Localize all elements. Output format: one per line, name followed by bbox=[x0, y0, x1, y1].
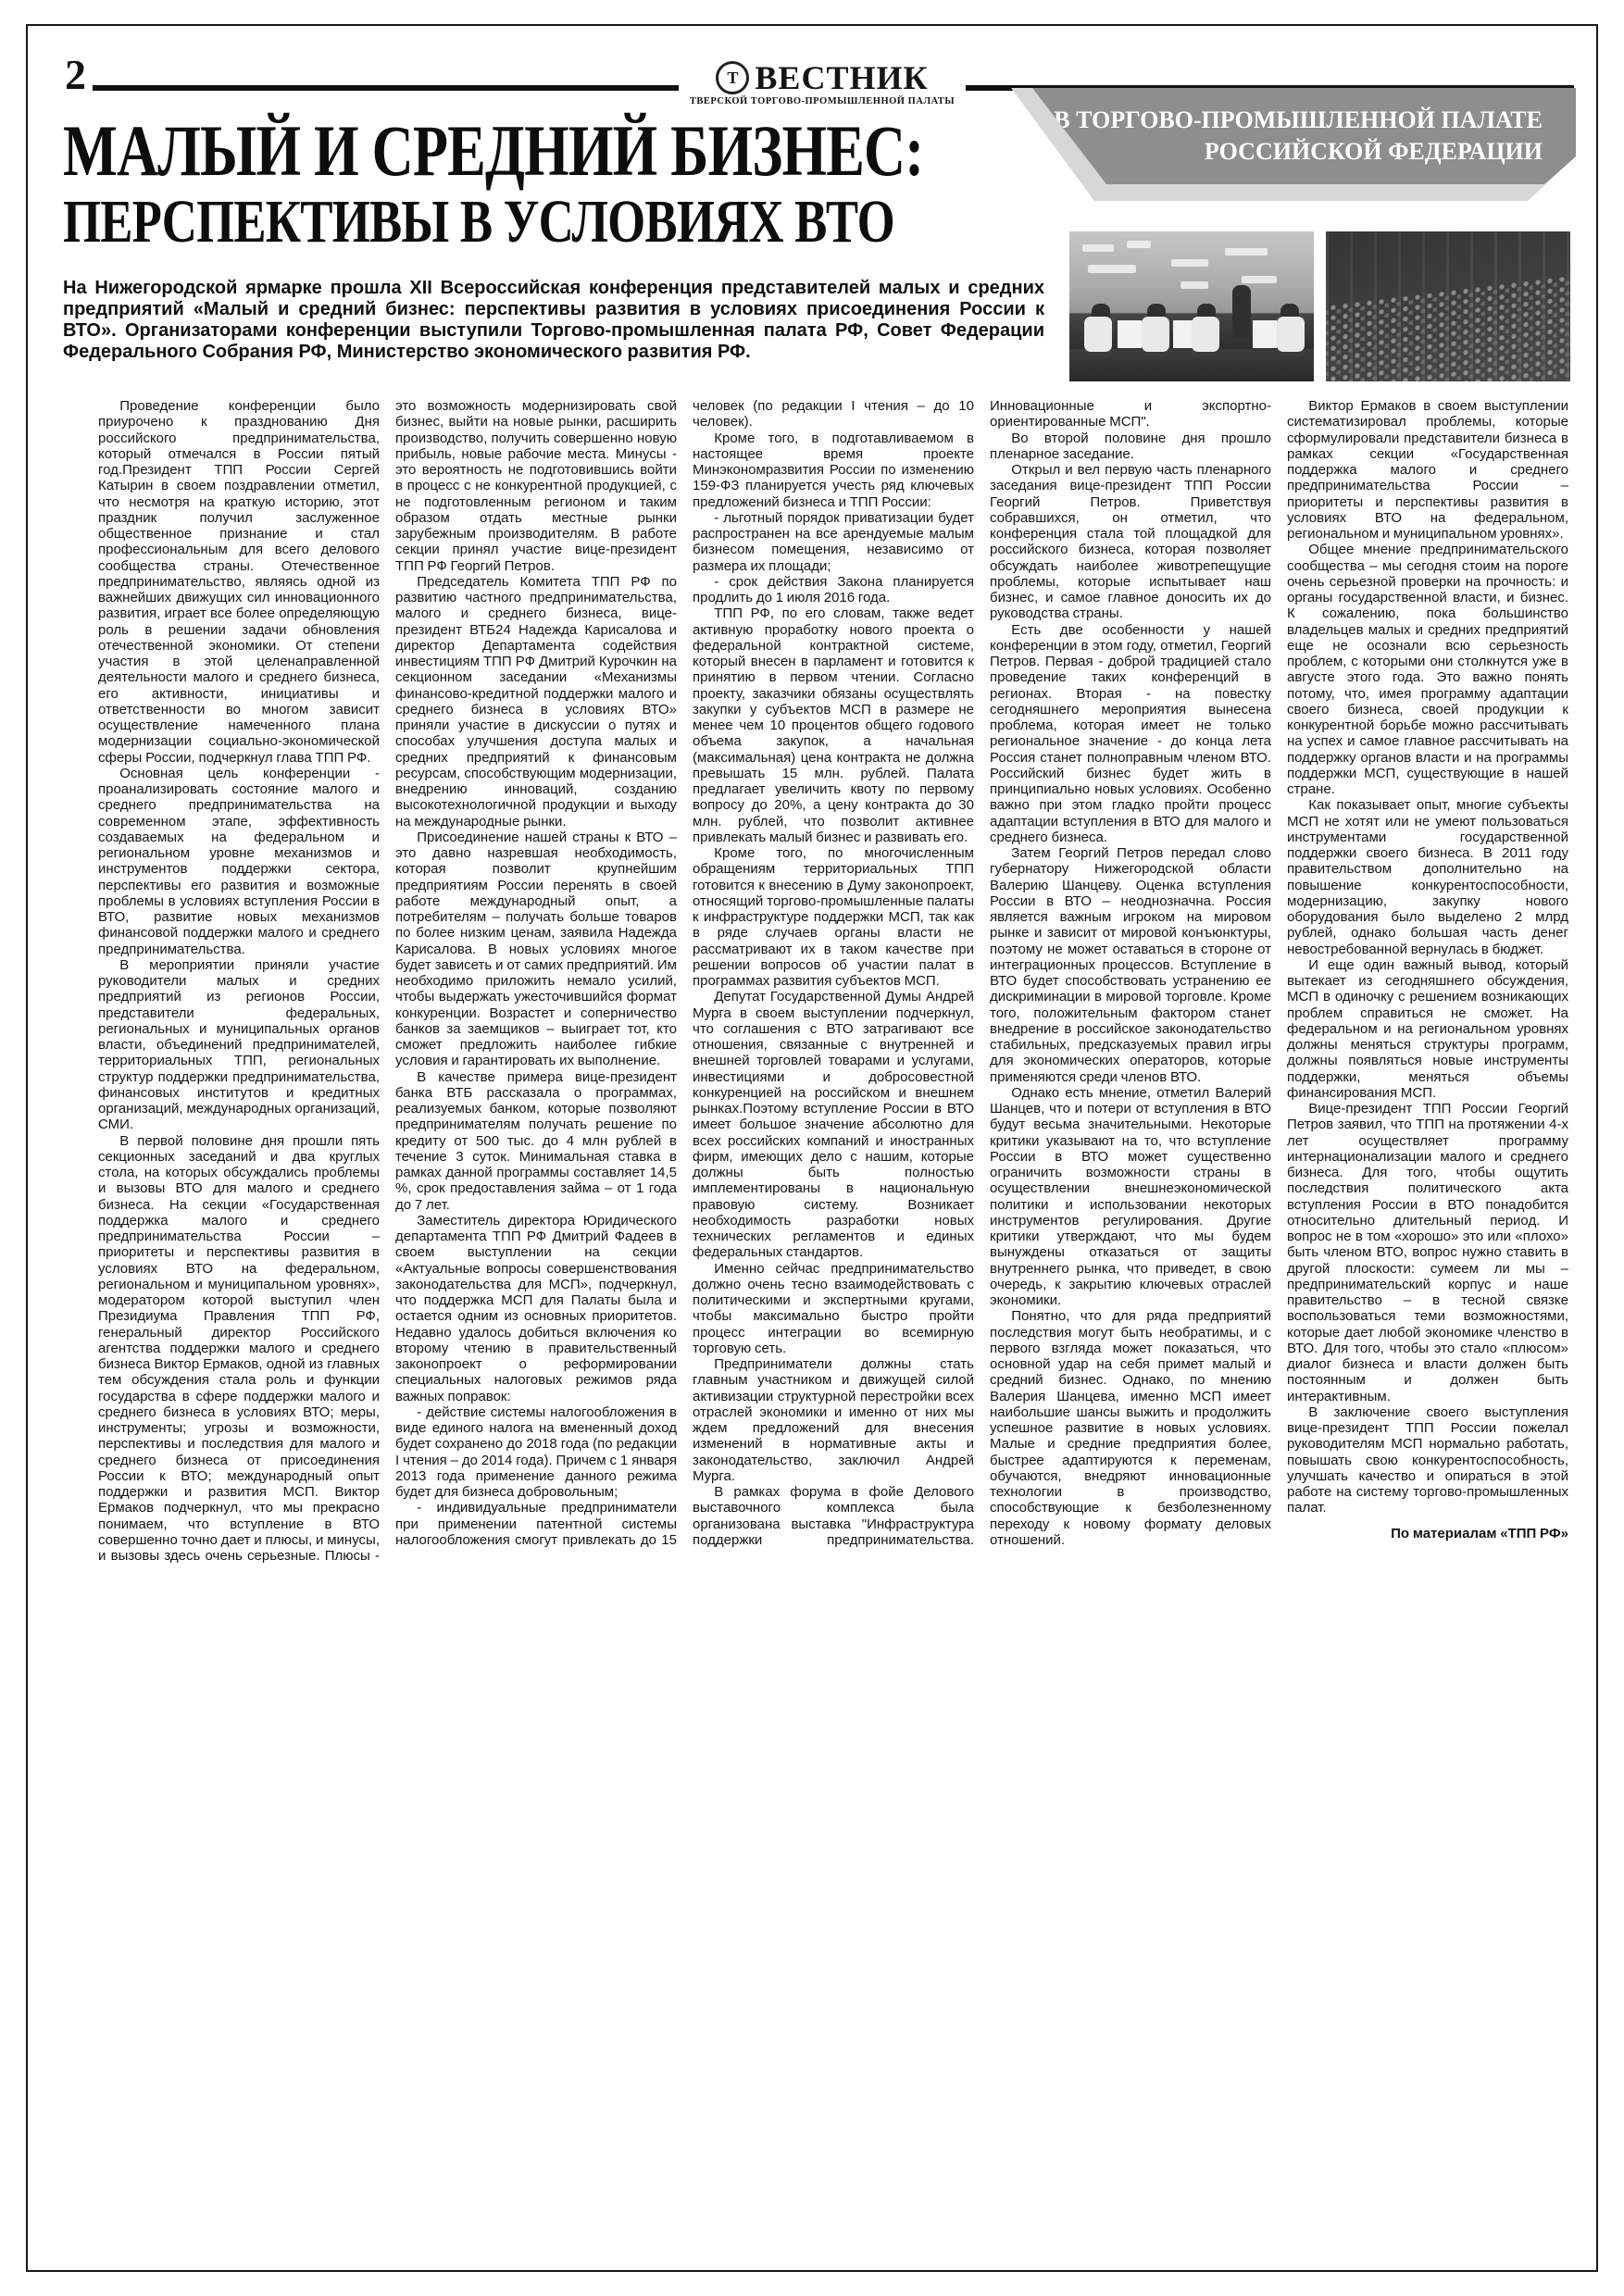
body-paragraph: Как показывает опыт, многие субъекты МСП… bbox=[1287, 797, 1568, 957]
body-paragraph: И еще один важный вывод, который вытекае… bbox=[1287, 957, 1568, 1101]
body-paragraph: Открыл и вел первую часть пленарного зас… bbox=[990, 462, 1271, 622]
newspaper-subtitle: ТВЕРСКОЙ ТОРГОВО-ПРОМЫШЛЕННОЙ ПАЛАТЫ bbox=[688, 96, 956, 106]
article-lead: На Нижегородской ярмарке прошла XII Всер… bbox=[63, 278, 1044, 363]
article-body: Проведение конференции было приурочено к… bbox=[98, 398, 1568, 1564]
body-paragraph: ТПП РФ, по его словам, также ведет актив… bbox=[693, 605, 974, 845]
rubric-badge-line2: РОССИЙСКОЙ ФЕДЕРАЦИИ bbox=[1205, 136, 1576, 168]
page-number: 2 bbox=[65, 54, 86, 96]
body-paragraph: Проведение конференции было приурочено к… bbox=[98, 398, 380, 766]
body-paragraph: Депутат Государственной Думы Андрей Мург… bbox=[693, 989, 974, 1260]
body-paragraph: - льготный порядок приватизации будет ра… bbox=[693, 510, 974, 574]
body-paragraph: Председатель Комитета ТПП РФ по развитию… bbox=[395, 574, 677, 830]
body-paragraph: Виктор Ермаков в своем выступлении систе… bbox=[1287, 398, 1568, 542]
body-paragraph: Однако есть мнение, отметил Валерий Шанц… bbox=[990, 1085, 1271, 1309]
body-paragraph: Во второй половине дня прошло пленарное … bbox=[990, 430, 1271, 463]
rubric-badge-line1: В ТОРГОВО-ПРОМЫШЛЕННОЙ ПАЛАТЕ bbox=[1054, 105, 1576, 136]
body-paragraph: - действие системы налогообложения в вид… bbox=[395, 1404, 677, 1501]
body-paragraph: В мероприятии приняли участие руководите… bbox=[98, 957, 380, 1133]
body-paragraph: Предприниматели должны стать главным уча… bbox=[693, 1356, 974, 1484]
newspaper-logo-icon: Т bbox=[716, 61, 749, 94]
body-paragraph: Кроме того, в подготавливаемом в настоящ… bbox=[693, 430, 974, 510]
article-headline: МАЛЫЙ И СРЕДНИЙ БИЗНЕС: ПЕРСПЕКТИВЫ В УС… bbox=[63, 113, 1063, 256]
body-paragraph: В качестве примера вице-президент банка … bbox=[395, 1069, 677, 1213]
body-paragraph: Заместитель директора Юридического депар… bbox=[395, 1213, 677, 1404]
article-paragraphs: Проведение конференции было приурочено к… bbox=[98, 398, 1568, 1564]
body-paragraph: - срок действия Закона планируется продл… bbox=[693, 574, 974, 606]
headline-line1: МАЛЫЙ И СРЕДНИЙ БИЗНЕС: bbox=[63, 113, 863, 189]
body-paragraph: Затем Георгий Петров передал слово губер… bbox=[990, 845, 1271, 1085]
photo-conference-audience bbox=[1326, 231, 1570, 381]
body-paragraph: Понятно, что для ряда предприятий послед… bbox=[990, 1308, 1271, 1548]
body-paragraph: Вице-президент ТПП России Георгий Петров… bbox=[1287, 1101, 1568, 1404]
newspaper-title: ВЕСТНИК bbox=[755, 61, 928, 94]
photo-conference-panel bbox=[1069, 231, 1314, 381]
body-paragraph: В заключение своего выступления вице-пре… bbox=[1287, 1404, 1568, 1516]
headline-line2: ПЕРСПЕКТИВЫ В УСЛОВИЯХ ВТО bbox=[63, 189, 863, 256]
article-signature: По материалам «ТПП РФ» bbox=[1287, 1526, 1568, 1541]
body-paragraph: Общее мнение предпринимательского сообще… bbox=[1287, 542, 1568, 797]
body-paragraph: Кроме того, по многочисленным обращениям… bbox=[693, 845, 974, 989]
body-paragraph: Присоединение нашей страны к ВТО – это д… bbox=[395, 830, 677, 1069]
masthead: Т ВЕСТНИК ТВЕРСКОЙ ТОРГОВО-ПРОМЫШЛЕННОЙ … bbox=[679, 57, 966, 108]
body-paragraph: Именно сейчас предпринимательство должно… bbox=[693, 1261, 974, 1357]
body-paragraph: Основная цель конференции - проанализиро… bbox=[98, 766, 380, 957]
body-paragraph: Есть две особенности у нашей конференции… bbox=[990, 622, 1271, 846]
